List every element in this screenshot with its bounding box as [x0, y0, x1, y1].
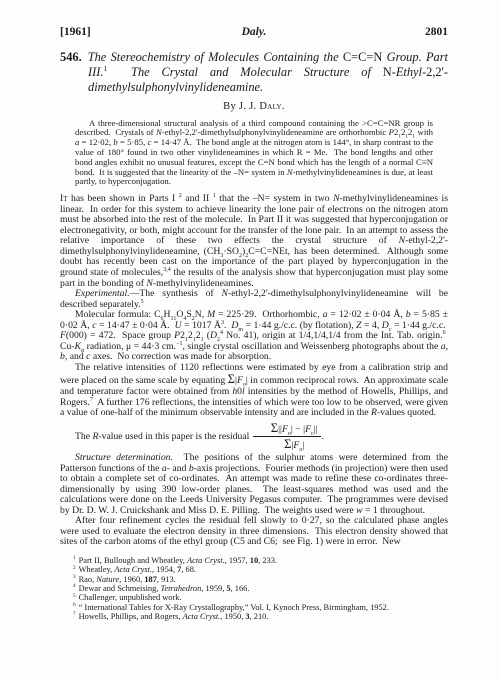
byline: By J. J. Daly.	[60, 101, 448, 112]
footnote-4: 4Dewar and Schmeising, Tetrahedron, 1959…	[73, 584, 448, 593]
journal-page: [1961] Daly. 2801 546.The Stereochemistr…	[0, 0, 500, 679]
footnote-text: Rao, Nature, 1960, 187, 913.	[79, 575, 176, 584]
paragraph-structure-determination: Structure determination. The positions o…	[60, 453, 448, 516]
footnote-3: 3Rao, Nature, 1960, 187, 913.	[73, 575, 448, 584]
page-number: 2801	[266, 26, 448, 38]
residual-fraction: Σ||Fo| − |Fc||Σ|Fo|	[253, 422, 321, 451]
fraction-numerator: Σ||Fo| − |Fc||	[253, 422, 321, 437]
article-title: 546.The Stereochemistry of Molecules Con…	[60, 50, 448, 96]
running-head: [1961] Daly. 2801	[60, 26, 448, 38]
r-value-trailing: .	[322, 431, 324, 442]
footnotes: 1Part II, Bullough and Wheatley, Acta Cr…	[73, 556, 448, 621]
footnote-text: Wheatley, Acta Cryst., 1954, 7, 68.	[79, 565, 196, 574]
footnote-text: “ International Tables for X-Ray Crystal…	[79, 603, 389, 612]
footnote-text: Part II, Bullough and Wheatley, Acta Cry…	[79, 556, 277, 565]
footnote-7: 7Howells, Phillips, and Rogers, Acta Cry…	[73, 612, 448, 621]
paragraph-introduction: It has been shown in Parts I 2 and II 1 …	[60, 194, 448, 289]
paragraph-refinement: After four refinement cycles the residua…	[60, 516, 448, 548]
footnote-text: Dewar and Schmeising, Tetrahedron, 1959,…	[79, 584, 250, 593]
footnote-text: Challenger, unpublished work.	[79, 593, 182, 602]
running-author: Daly.	[242, 26, 267, 38]
fraction-denominator: Σ|Fo|	[253, 437, 321, 451]
article-body: It has been shown in Parts I 2 and II 1 …	[60, 194, 448, 548]
r-value-lead: The R-value used in this paper is the re…	[75, 431, 252, 442]
footnote-5: 5Challenger, unpublished work.	[73, 593, 448, 602]
paragraph-molecular-formula: Molecular formula: C6H11O4S2N, M = 225·2…	[60, 310, 448, 363]
paragraph-r-value: The R-value used in this paper is the re…	[60, 422, 448, 451]
abstract: A three-dimensional structural analysis …	[75, 119, 433, 188]
article-title-text: The Stereochemistry of Molecules Contain…	[88, 50, 448, 94]
footnote-text: Howells, Phillips, and Rogers, Acta Crys…	[79, 612, 269, 621]
paragraph-intensities: The relative intensities of 1120 reflect…	[60, 363, 448, 419]
footnote-6: 6“ International Tables for X-Ray Crysta…	[73, 603, 448, 612]
paragraph-experimental: Experimental.—The synthesis of N-ethyl-2…	[60, 289, 448, 310]
article-number: 546.	[60, 50, 88, 64]
footnote-2: 2Wheatley, Acta Cryst., 1954, 7, 68.	[73, 565, 448, 574]
footnote-1: 1Part II, Bullough and Wheatley, Acta Cr…	[73, 556, 448, 565]
issue-year: [1961]	[60, 26, 242, 38]
